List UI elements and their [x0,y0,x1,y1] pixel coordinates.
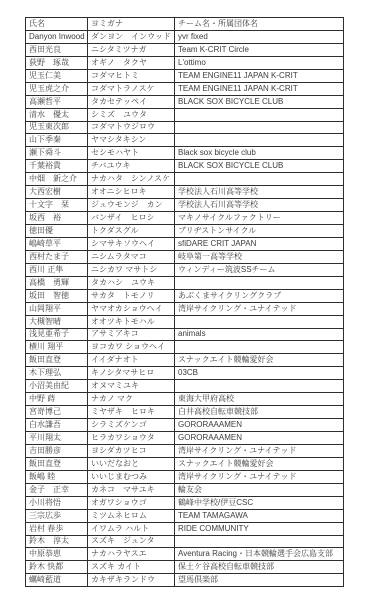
team-cell [175,341,344,354]
yomigana-cell: オヌマミユキ [88,380,175,393]
yomigana-cell: コダマトラノスケ [88,82,175,95]
yomigana-cell: スズキ カイト [88,561,175,574]
yomigana-cell: ヤマオカショウヘイ [88,302,175,315]
table-row: 飯嶋 睦いいじまむつみ湾岸サイクリング・ユナイテッド [26,470,344,483]
table-row: 山岡翔平ヤマオカショウヘイ湾岸サイクリング・ユナイテッド [26,302,344,315]
table-row: 児玉東次郎コダマトウジロウ [26,121,344,134]
table-row: 小川将悟オガワショウゴ鶴峰中学校/伊豆CSC [26,496,344,509]
team-cell: 学校法人石川高等学校 [175,199,344,212]
table-row: 西村たま子ニシムラタマコ岐阜第一高等学校 [26,250,344,263]
team-cell: 湾岸サイクリング・ユナイテッド [175,444,344,457]
team-cell: Team K-CRIT Circle [175,43,344,56]
yomigana-cell: ジュウモンジ カン [88,199,175,212]
name-cell: 白水謙吾 [26,419,88,432]
yomigana-cell: オガワショウゴ [88,496,175,509]
table-row: 中野 蒔ナカノ マク東海大甲府高校 [26,393,344,406]
team-cell: スナックエイト競輪愛好会 [175,457,344,470]
yomigana-cell: スズキ ジュンタ [88,535,175,548]
table-row: 西田光良ニシタミツナガTeam K-CRIT Circle [26,43,344,56]
yomigana-cell: ナカハラヤスエ [88,548,175,561]
name-cell: 高橋 勇輝 [26,276,88,289]
team-cell: 鶴峰中学校/伊豆CSC [175,496,344,509]
yomigana-cell: ニシタミツナガ [88,43,175,56]
team-cell: Aventura Racing・日本競輪選手会広島支部 [175,548,344,561]
name-cell: 吉田勝彦 [26,444,88,457]
yomigana-cell: ナカノ マク [88,393,175,406]
yomigana-cell: シラミズケンゴ [88,419,175,432]
yomigana-cell: ヤマシタキシン [88,134,175,147]
name-cell: 横川 翔平 [26,341,88,354]
team-cell: 湾岸サイクリング・ユナイテッド [175,470,344,483]
yomigana-cell: いいじまむつみ [88,470,175,483]
table-row: 千葉裕貴チバユウキBLACK SOX BICYCLE CLUB [26,160,344,173]
table-body: Danyon Inwoodダンヨン インウッドyvr fixed西田光良ニシタミ… [26,30,344,586]
team-cell: 学校法人石川高等学校 [175,186,344,199]
name-cell: 飯田直登 [26,457,88,470]
name-cell: 西田光良 [26,43,88,56]
team-cell: 03CB [175,367,344,380]
name-cell: 小沼美由紀 [26,380,88,393]
name-cell: 浅見亜希子 [26,328,88,341]
team-cell: BLACK SOX BICYCLE CLUB [175,95,344,108]
yomigana-cell: イイダナオト [88,354,175,367]
team-cell [175,173,344,186]
name-cell: 蠣崎藍道 [26,574,88,587]
team-cell: Black sox bicycle club [175,147,344,160]
team-cell: animals [175,328,344,341]
table-row: 荻野 琢哉オギノ タクヤL'ottimo [26,56,344,69]
yomigana-cell: シミズ ユウタ [88,108,175,121]
name-cell: 飯嶋 睦 [26,470,88,483]
team-cell: TEAM ENGINE11 JAPAN K-CRIT [175,82,344,95]
table-row: 徳田優トクダスグルブリヂストンサイクル [26,225,344,238]
table-row: 中原恭恵ナカハラヤスエAventura Racing・日本競輪選手会広島支部 [26,548,344,561]
team-cell: 保土ケ谷高校自転車競技部 [175,561,344,574]
name-cell: 中畑 新之介 [26,173,88,186]
name-cell: 中野 蒔 [26,393,88,406]
yomigana-cell: コダマトウジロウ [88,121,175,134]
table-row: 蠣崎藍道カキザキランドウ望馬倶楽部 [26,574,344,587]
name-cell: 荻野 琢哉 [26,56,88,69]
name-cell: 瀬下舜斗 [26,147,88,160]
yomigana-cell: カキザキランドウ [88,574,175,587]
yomigana-cell: ナカハタ シンノスケ [88,173,175,186]
name-cell: 岩村 春歩 [26,522,88,535]
name-cell: 飯田直登 [26,354,88,367]
team-cell: 岐阜第一高等学校 [175,250,344,263]
name-cell: 十文字 栞 [26,199,88,212]
yomigana-cell: キノシタマサヒロ [88,367,175,380]
name-cell: 鈴木 快都 [26,561,88,574]
name-cell: 清水 優太 [26,108,88,121]
table-row: 嶋崎草平シマサキソウヘイsfiDARE CRIT JAPAN [26,237,344,250]
name-cell: 児玉東次郎 [26,121,88,134]
team-cell: L'ottimo [175,56,344,69]
name-cell: 木下理弘 [26,367,88,380]
name-cell: 大槻智晴 [26,315,88,328]
table-row: 平川翔太ヒラカワショウタGORORAAAMEN [26,432,344,445]
table-row: 山下季秦ヤマシタキシン [26,134,344,147]
participant-table: 氏名 ヨミガナ チーム名・所属団体名 Danyon Inwoodダンヨン インウ… [25,17,344,587]
table-row: 飯田直登いいだなおとスナックエイト競輪愛好会 [26,457,344,470]
yomigana-cell: ミツムネヒロム [88,509,175,522]
name-cell: 鈴木 淳太 [26,535,88,548]
team-cell: TEAM ENGINE11 JAPAN K-CRIT [175,69,344,82]
team-cell [175,535,344,548]
table-row: 三宗広歩ミツムネヒロムTEAM TAMAGAWA [26,509,344,522]
yomigana-cell: チバユウキ [88,160,175,173]
team-cell: スナックエイト競輪愛好会 [175,354,344,367]
name-cell: 坂田 智徳 [26,289,88,302]
team-cell: 輪友会 [175,483,344,496]
yomigana-cell: いいだなおと [88,457,175,470]
team-cell [175,315,344,328]
table-row: 飯田直登イイダナオトスナックエイト競輪愛好会 [26,354,344,367]
team-cell: 湾岸サイクリング・ユナイテッド [175,302,344,315]
name-cell: Danyon Inwood [26,30,88,43]
team-cell: TEAM TAMAGAWA [175,509,344,522]
table-row: 金子 正幸カネコ マサユキ輪友会 [26,483,344,496]
table-row: 十文字 栞ジュウモンジ カン学校法人石川高等学校 [26,199,344,212]
table-row: 瀬下舜斗セシモハヤトBlack sox bicycle club [26,147,344,160]
table-row: 大西宏樹オオニシヒロキ学校法人石川高等学校 [26,186,344,199]
yomigana-cell: カネコ マサユキ [88,483,175,496]
yomigana-cell: オオニシヒロキ [88,186,175,199]
yomigana-cell: ヨコカワ ショウヘイ [88,341,175,354]
team-cell: マキノサイクルファクトリー [175,212,344,225]
name-cell: 小川将悟 [26,496,88,509]
header-yomigana: ヨミガナ [88,18,175,31]
table-header-row: 氏名 ヨミガナ チーム名・所属団体名 [26,18,344,31]
team-cell: GORORAAAMEN [175,432,344,445]
table-row: 西川 正隼ニシカワ マサトシウィンディー筑波SSチーム [26,263,344,276]
yomigana-cell: ニシムラタマコ [88,250,175,263]
table-row: 宮嵜博己ミヤザキ ヒロキ白井高校自転車競技部 [26,406,344,419]
team-cell: sfiDARE CRIT JAPAN [175,237,344,250]
table-row: 岩村 春歩イワムラ ハルトRIDE COMMUNITY [26,522,344,535]
table-row: 白水謙吾シラミズケンゴGORORAAAMEN [26,419,344,432]
table-row: 児玉仁美コダマヒトミTEAM ENGINE11 JAPAN K-CRIT [26,69,344,82]
yomigana-cell: ダンヨン インウッド [88,30,175,43]
team-cell: 望馬倶楽部 [175,574,344,587]
table-row: Danyon Inwoodダンヨン インウッドyvr fixed [26,30,344,43]
name-cell: 坂西 裕 [26,212,88,225]
yomigana-cell: オギノ タクヤ [88,56,175,69]
name-cell: 西川 正隼 [26,263,88,276]
yomigana-cell: トクダスグル [88,225,175,238]
name-cell: 児玉虎之介 [26,82,88,95]
table-row: 中畑 新之介ナカハタ シンノスケ [26,173,344,186]
table-row: 坂西 裕バンザイ ヒロシマキノサイクルファクトリー [26,212,344,225]
name-cell: 宮嵜博己 [26,406,88,419]
table-row: 小沼美由紀オヌマミユキ [26,380,344,393]
yomigana-cell: ヨシダカツヒコ [88,444,175,457]
yomigana-cell: アサミアキコ [88,328,175,341]
name-cell: 中原恭恵 [26,548,88,561]
table-row: 吉田勝彦ヨシダカツヒコ湾岸サイクリング・ユナイテッド [26,444,344,457]
table-row: 木下理弘キノシタマサヒロ03CB [26,367,344,380]
name-cell: 西村たま子 [26,250,88,263]
yomigana-cell: バンザイ ヒロシ [88,212,175,225]
yomigana-cell: サカタ トモノリ [88,289,175,302]
team-cell [175,276,344,289]
name-cell: 三宗広歩 [26,509,88,522]
team-cell: BLACK SOX BICYCLE CLUB [175,160,344,173]
name-cell: 千葉裕貴 [26,160,88,173]
name-cell: 嶋崎草平 [26,237,88,250]
team-cell: 白井高校自転車競技部 [175,406,344,419]
header-name: 氏名 [26,18,88,31]
table-row: 坂田 智徳サカタ トモノリあぶくまサイクリングクラブ [26,289,344,302]
yomigana-cell: タカセテッペイ [88,95,175,108]
table-row: 大槻智晴オオツキトモハル [26,315,344,328]
yomigana-cell: オオツキトモハル [88,315,175,328]
yomigana-cell: ミヤザキ ヒロキ [88,406,175,419]
team-cell [175,108,344,121]
table-row: 鈴木 快都スズキ カイト保土ケ谷高校自転車競技部 [26,561,344,574]
table-row: 鈴木 淳太スズキ ジュンタ [26,535,344,548]
team-cell: ウィンディー筑波SSチーム [175,263,344,276]
yomigana-cell: セシモハヤト [88,147,175,160]
yomigana-cell: ヒラカワショウタ [88,432,175,445]
table-row: 横川 翔平ヨコカワ ショウヘイ [26,341,344,354]
team-cell: yvr fixed [175,30,344,43]
name-cell: 高瀬哲平 [26,95,88,108]
header-team: チーム名・所属団体名 [175,18,344,31]
yomigana-cell: ニシカワ マサトシ [88,263,175,276]
table-row: 浅見亜希子アサミアキコanimals [26,328,344,341]
team-cell [175,380,344,393]
team-cell: GORORAAAMEN [175,419,344,432]
table-row: 高橋 勇輝タカハシ ユウキ [26,276,344,289]
name-cell: 山下季秦 [26,134,88,147]
team-cell: ブリヂストンサイクル [175,225,344,238]
name-cell: 山岡翔平 [26,302,88,315]
name-cell: 徳田優 [26,225,88,238]
table-row: 清水 優太シミズ ユウタ [26,108,344,121]
yomigana-cell: イワムラ ハルト [88,522,175,535]
team-cell: あぶくまサイクリングクラブ [175,289,344,302]
team-cell: RIDE COMMUNITY [175,522,344,535]
team-cell [175,134,344,147]
name-cell: 児玉仁美 [26,69,88,82]
yomigana-cell: タカハシ ユウキ [88,276,175,289]
participant-list-page: 氏名 ヨミガナ チーム名・所属団体名 Danyon Inwoodダンヨン インウ… [0,0,368,616]
name-cell: 金子 正幸 [26,483,88,496]
table-row: 高瀬哲平タカセテッペイBLACK SOX BICYCLE CLUB [26,95,344,108]
team-cell [175,121,344,134]
team-cell: 東海大甲府高校 [175,393,344,406]
yomigana-cell: シマサキソウヘイ [88,237,175,250]
name-cell: 平川翔太 [26,432,88,445]
table-row: 児玉虎之介コダマトラノスケTEAM ENGINE11 JAPAN K-CRIT [26,82,344,95]
yomigana-cell: コダマヒトミ [88,69,175,82]
name-cell: 大西宏樹 [26,186,88,199]
